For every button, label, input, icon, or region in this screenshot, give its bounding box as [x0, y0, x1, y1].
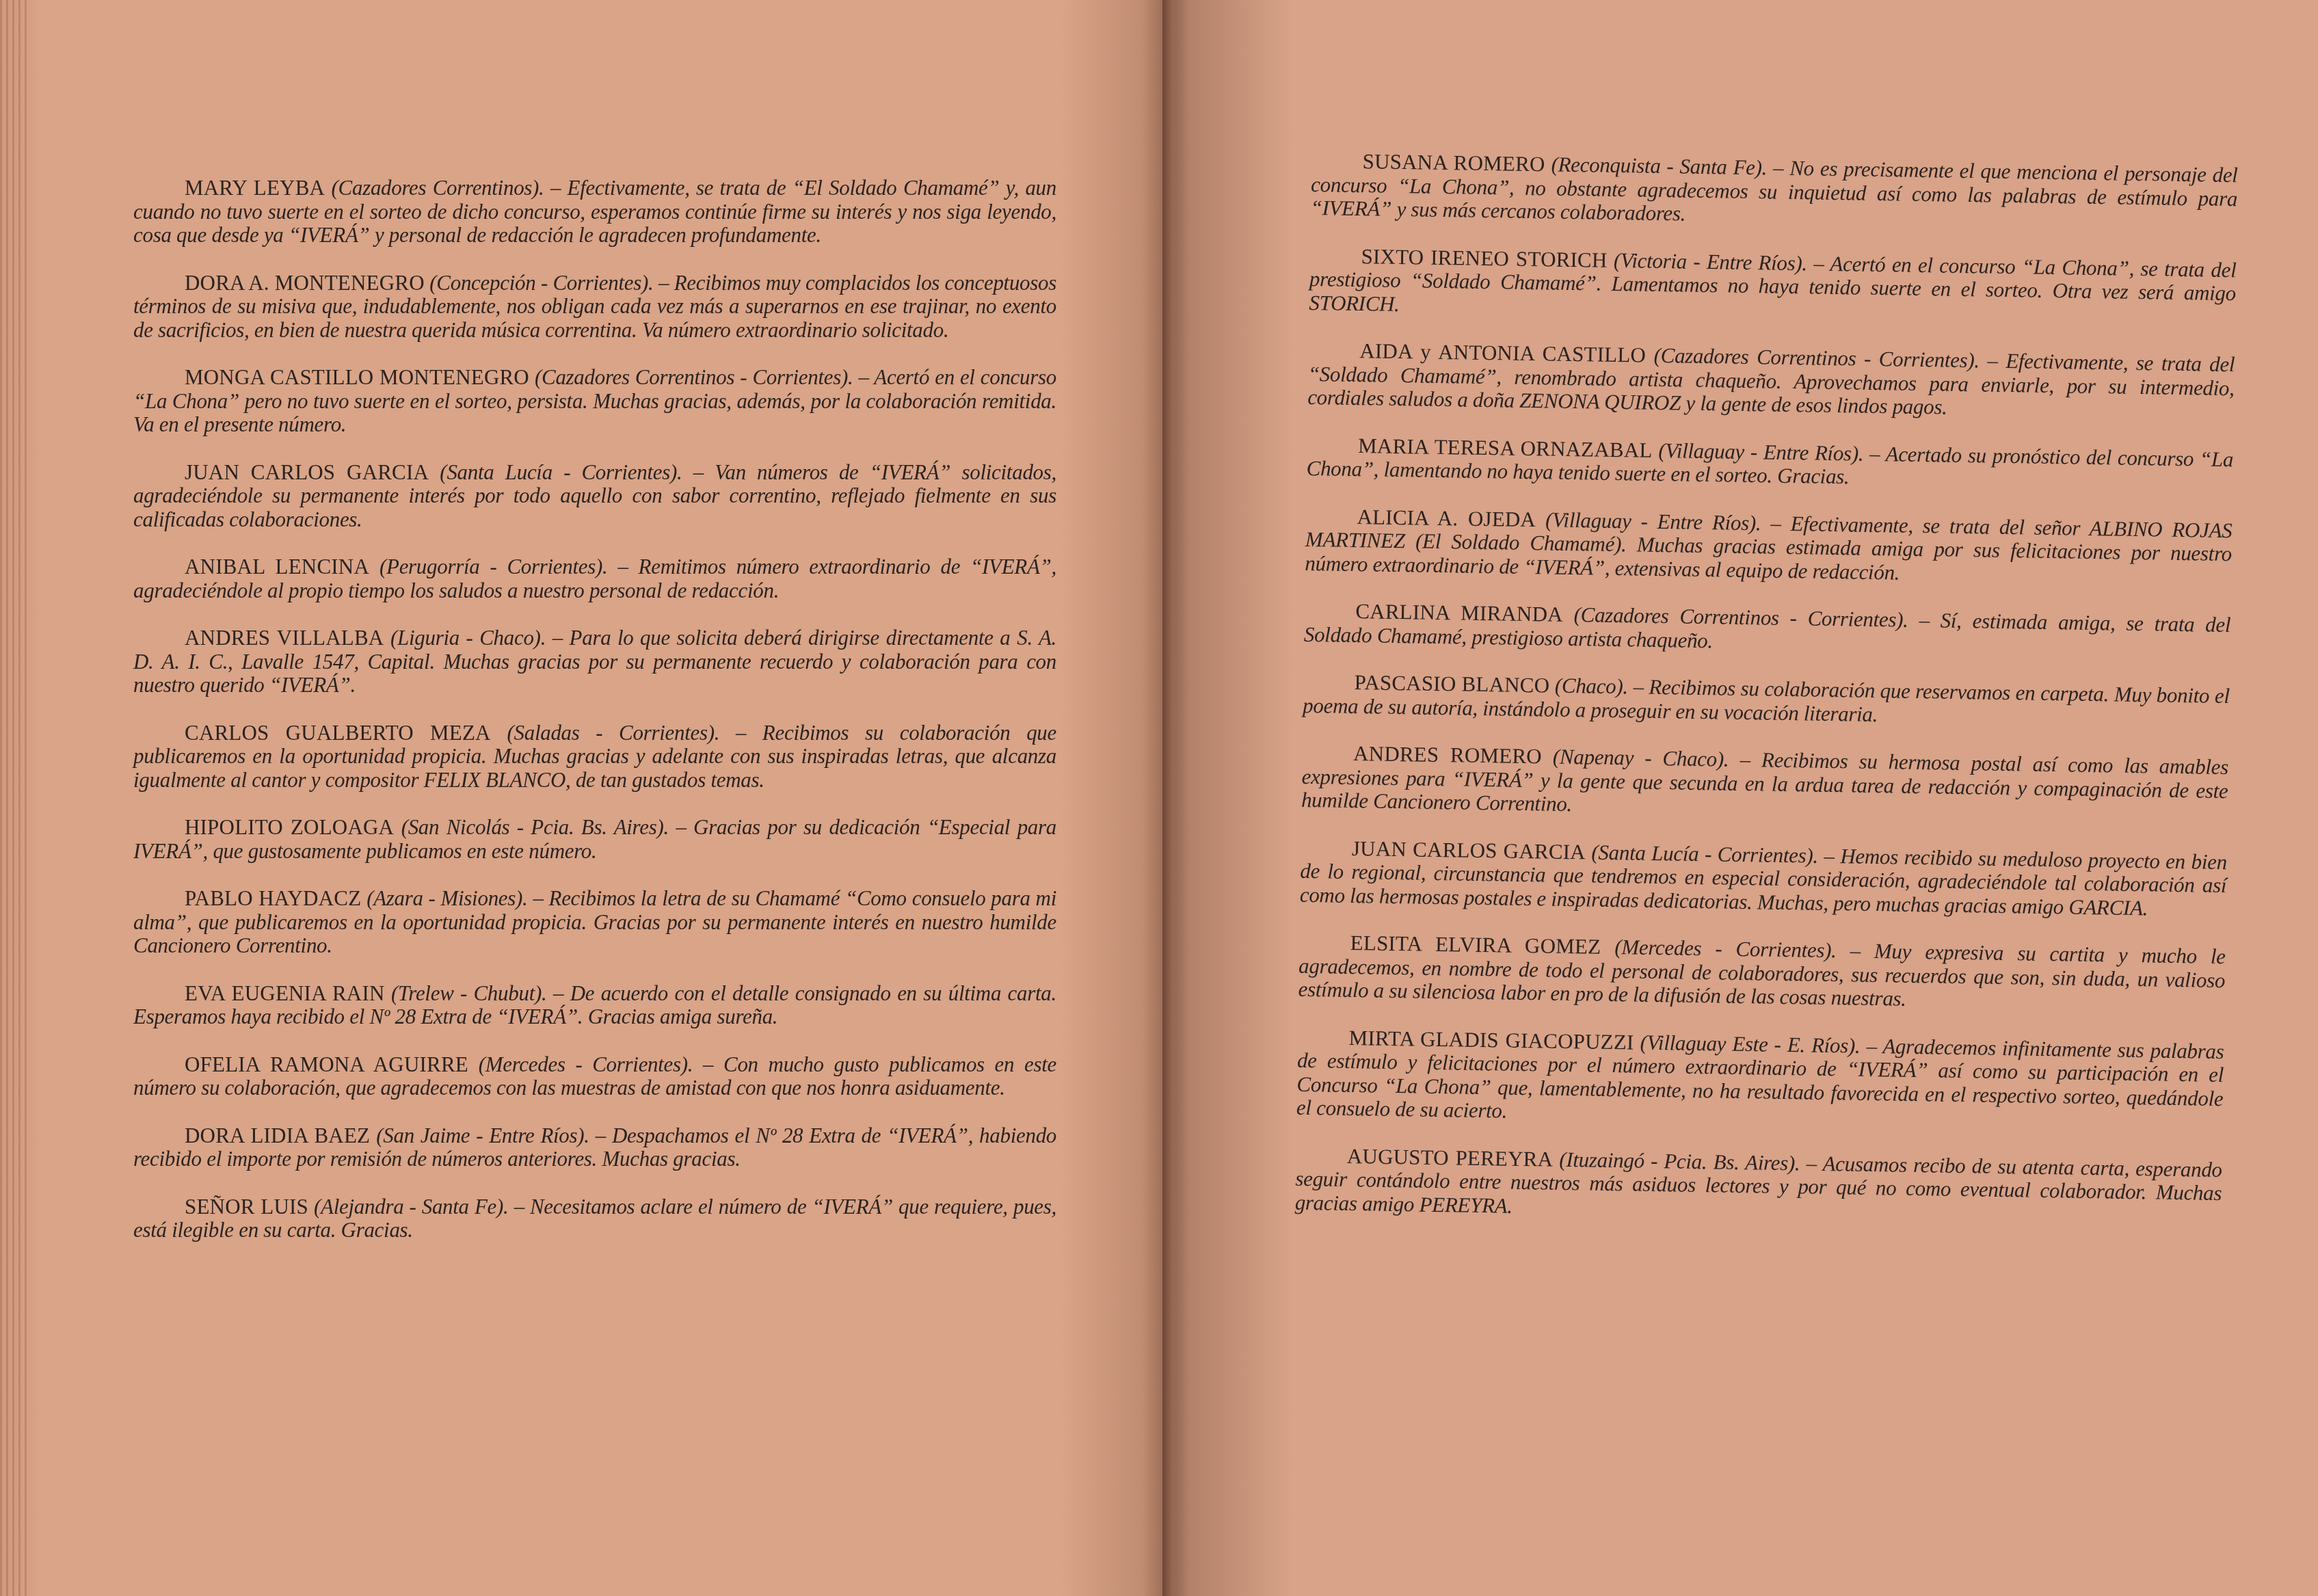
entry-place: (Victoria - Entre Ríos).: [1614, 248, 1807, 274]
entry-place: (San Nicolás - Pcia. Bs. Aires).: [401, 815, 669, 839]
entry-separator: –: [1633, 674, 1644, 698]
entry-separator: –: [533, 886, 543, 910]
entry-name: JUAN CARLOS GARCIA: [185, 460, 429, 484]
entry-separator: –: [1850, 939, 1861, 963]
entry-name: OFELIA RAMONA AGUIRRE: [185, 1052, 468, 1076]
entry-place: (Azara - Misiones).: [367, 886, 527, 910]
correspondence-entry: CARLOS GUALBERTO MEZA (Saladas - Corrien…: [133, 721, 1056, 793]
correspondence-entry: ALICIA A. OJEDA (Villaguay - Entre Ríos)…: [1305, 504, 2232, 589]
entry-separator: –: [676, 815, 686, 839]
entry-place: (Santa Lucía - Corrientes).: [1591, 840, 1818, 867]
entry-name: ANIBAL LENCINA: [185, 555, 369, 578]
entry-place: (Chaco).: [1555, 674, 1628, 699]
correspondence-entry: MARY LEYBA (Cazadores Correntinos). – Ef…: [133, 176, 1056, 248]
correspondence-entry: PABLO HAYDACZ (Azara - Misiones). – Reci…: [133, 887, 1056, 958]
entry-separator: –: [693, 460, 704, 484]
correspondence-entry: MARIA TERESA ORNAZABAL (Villaguay - Entr…: [1306, 433, 2233, 494]
correspondence-entry: ANDRES VILLALBA (Liguria - Chaco). – Par…: [133, 626, 1056, 697]
entry-place: (Concepción - Corrientes).: [429, 271, 653, 295]
entry-place: (Perugorría - Corrientes).: [379, 555, 608, 578]
left-page: MARY LEYBA (Cazadores Correntinos). – Ef…: [0, 0, 1169, 1596]
correspondence-entry: DORA A. MONTENEGRO (Concepción - Corrien…: [133, 271, 1056, 343]
entry-name: MONGA CASTILLO MONTENEGRO: [185, 365, 529, 389]
entry-place: (Trelew - Chubut).: [391, 981, 546, 1005]
entry-place: (Cazadores Correntinos).: [332, 176, 544, 200]
entry-separator: –: [859, 365, 869, 389]
entry-separator: –: [736, 721, 746, 745]
entry-separator: –: [703, 1052, 713, 1076]
entry-name: DORA A. MONTENEGRO: [185, 271, 425, 295]
entry-place: (Santa Lucía - Corrientes).: [440, 460, 682, 484]
correspondence-entry: JUAN CARLOS GARCIA (Santa Lucía - Corrie…: [133, 461, 1056, 532]
correspondence-entry: SEÑOR LUIS (Alejandra - Santa Fe). – Nec…: [133, 1195, 1056, 1242]
entry-place: (Reconquista - Santa Fe).: [1551, 152, 1767, 180]
entry-name: MARY LEYBA: [185, 176, 325, 200]
entry-separator: –: [1806, 1151, 1817, 1175]
entry-name: ANDRES VILLALBA: [185, 626, 384, 650]
entry-separator: –: [1987, 349, 1998, 373]
entry-place: (Villaguay - Entre Ríos).: [1545, 507, 1761, 535]
entry-separator: –: [553, 981, 563, 1005]
entry-name: CARLINA MIRANDA: [1355, 599, 1563, 626]
entry-separator: –: [552, 626, 563, 650]
correspondence-entry: CARLINA MIRANDA (Cazadores Correntinos -…: [1304, 599, 2231, 661]
entry-separator: –: [550, 176, 561, 200]
entry-separator: –: [1869, 441, 1880, 465]
entry-name: ANDRES ROMERO: [1353, 741, 1542, 768]
correspondence-entry: MONGA CASTILLO MONTENEGRO (Cazadores Cor…: [133, 366, 1056, 437]
entry-separator: –: [596, 1123, 606, 1147]
entry-place: (Cazadores Correntinos - Corrientes).: [535, 365, 853, 389]
correspondence-entry: JUAN CARLOS GARCIA (Santa Lucía - Corrie…: [1300, 836, 2227, 921]
entry-name: HIPOLITO ZOLOAGA: [185, 815, 394, 839]
correspondence-entry: MIRTA GLADIS GIACOPUZZI (Villaguay Este …: [1296, 1025, 2224, 1134]
entry-place: (Villaguay - Entre Ríos).: [1658, 438, 1863, 466]
entry-name: DORA LIDIA BAEZ: [185, 1123, 370, 1147]
entry-place: (Liguria - Chaco).: [390, 626, 546, 650]
entry-name: CARLOS GUALBERTO MEZA: [185, 721, 491, 745]
entry-separator: –: [1919, 608, 1930, 632]
correspondence-entry: PASCASIO BLANCO (Chaco). – Recibimos su …: [1303, 670, 2230, 732]
entry-name: ALICIA A. OJEDA: [1357, 505, 1536, 531]
right-page-column: SUSANA ROMERO (Reconquista - Santa Fe). …: [1294, 149, 2238, 1253]
correspondence-entry: ANDRES ROMERO (Napenay - Chaco). – Recib…: [1301, 741, 2228, 827]
entry-place: (Villaguay Este - E. Ríos).: [1640, 1030, 1860, 1057]
correspondence-entry: HIPOLITO ZOLOAGA (San Nicolás - Pcia. Bs…: [133, 816, 1056, 863]
correspondence-entry: DORA LIDIA BAEZ (San Jaime - Entre Ríos)…: [133, 1124, 1056, 1171]
correspondence-entry: OFELIA RAMONA AGUIRRE (Mercedes - Corrie…: [133, 1053, 1056, 1100]
correspondence-entry: AUGUSTO PEREYRA (Ituzaingó - Pcia. Bs. A…: [1295, 1143, 2222, 1229]
correspondence-entry: AIDA y ANTONIA CASTILLO (Cazadores Corre…: [1307, 338, 2235, 424]
right-page: SUSANA ROMERO (Reconquista - Santa Fe). …: [1169, 0, 2318, 1596]
entry-separator: –: [1813, 251, 1824, 275]
entry-name: SUSANA ROMERO: [1362, 149, 1545, 176]
magazine-spread: MARY LEYBA (Cazadores Correntinos). – Ef…: [0, 0, 2318, 1596]
left-page-column: MARY LEYBA (Cazadores Correntinos). – Ef…: [133, 176, 1056, 1266]
entry-name: PASCASIO BLANCO: [1354, 670, 1549, 697]
entry-place: (Mercedes - Corrientes).: [479, 1052, 693, 1076]
entry-place: (Saladas - Corrientes).: [507, 721, 719, 745]
entry-place: (Mercedes - Corrientes).: [1614, 935, 1837, 962]
entry-place: (Alejandra - Santa Fe).: [314, 1195, 508, 1219]
entry-name: AUGUSTO PEREYRA: [1347, 1143, 1554, 1171]
correspondence-entry: SIXTO IRENEO STORICH (Victoria - Entre R…: [1309, 243, 2236, 329]
entry-separator: –: [1866, 1033, 1877, 1057]
page-edge: [0, 0, 31, 1596]
entry-separator: –: [514, 1195, 524, 1219]
entry-name: EVA EUGENIA RAIN: [185, 981, 385, 1005]
entry-separator: –: [617, 555, 628, 578]
entry-name: SEÑOR LUIS: [185, 1195, 308, 1219]
entry-separator: –: [1770, 511, 1781, 535]
entry-separator: –: [1824, 843, 1835, 867]
entry-separator: –: [658, 271, 669, 295]
correspondence-entry: ANIBAL LENCINA (Perugorría - Corrientes)…: [133, 555, 1056, 602]
entry-place: (Napenay - Chaco).: [1553, 745, 1729, 771]
correspondence-entry: ELSITA ELVIRA GOMEZ (Mercedes - Corrient…: [1298, 931, 2225, 1016]
correspondence-entry: EVA EUGENIA RAIN (Trelew - Chubut). – De…: [133, 982, 1056, 1029]
correspondence-entry: SUSANA ROMERO (Reconquista - Santa Fe). …: [1310, 149, 2237, 235]
entry-separator: –: [1773, 156, 1784, 180]
entry-name: PABLO HAYDACZ: [185, 886, 361, 910]
entry-place: (San Jaime - Entre Ríos).: [376, 1123, 589, 1147]
entry-separator: –: [1740, 747, 1750, 771]
book-gutter: [1162, 0, 1173, 1596]
